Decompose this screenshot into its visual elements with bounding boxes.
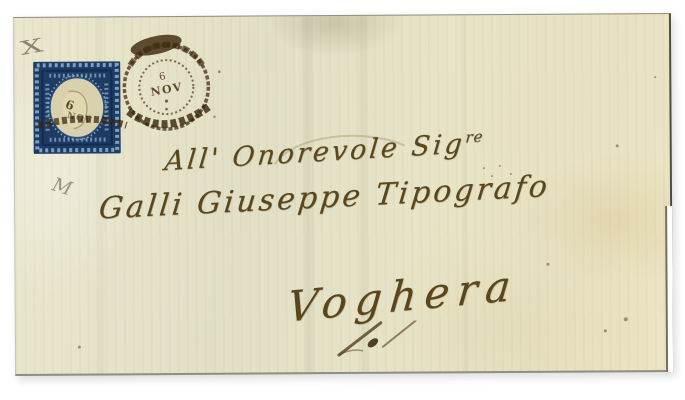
ink-blot [366, 336, 380, 349]
foxing-speck [654, 76, 656, 78]
cds-dot [165, 108, 168, 111]
photo-frame: 6 NOV 6 NOV X M [0, 0, 685, 400]
cds-month-text: NOV [150, 80, 184, 99]
foxing-speck [499, 165, 501, 167]
foxing-speck [483, 167, 485, 169]
postage-stamp [33, 61, 121, 154]
pencil-m-mark: M [48, 173, 75, 200]
foxing-speck [546, 263, 549, 266]
circular-datestamp: 6 NOV [124, 31, 221, 130]
letter-cover: 6 NOV 6 NOV X M [13, 13, 673, 376]
cds-splatter-dot [218, 70, 221, 73]
cds-day-text: 6 [158, 71, 166, 83]
foxing-speck [616, 144, 619, 147]
address-line-1-superscript: re [465, 127, 485, 146]
foxing-speck [624, 317, 628, 321]
foxing-speck [491, 175, 493, 177]
cds-dot [165, 100, 168, 103]
ink-descender-strokes [321, 320, 441, 376]
pencil-x-mark: X [19, 35, 46, 60]
foxing-speck [604, 329, 607, 332]
foxing-speck [78, 346, 81, 349]
paper-edge-notch [665, 206, 673, 372]
foxing-speck [510, 173, 512, 175]
cds-splatter-dot [213, 116, 215, 118]
